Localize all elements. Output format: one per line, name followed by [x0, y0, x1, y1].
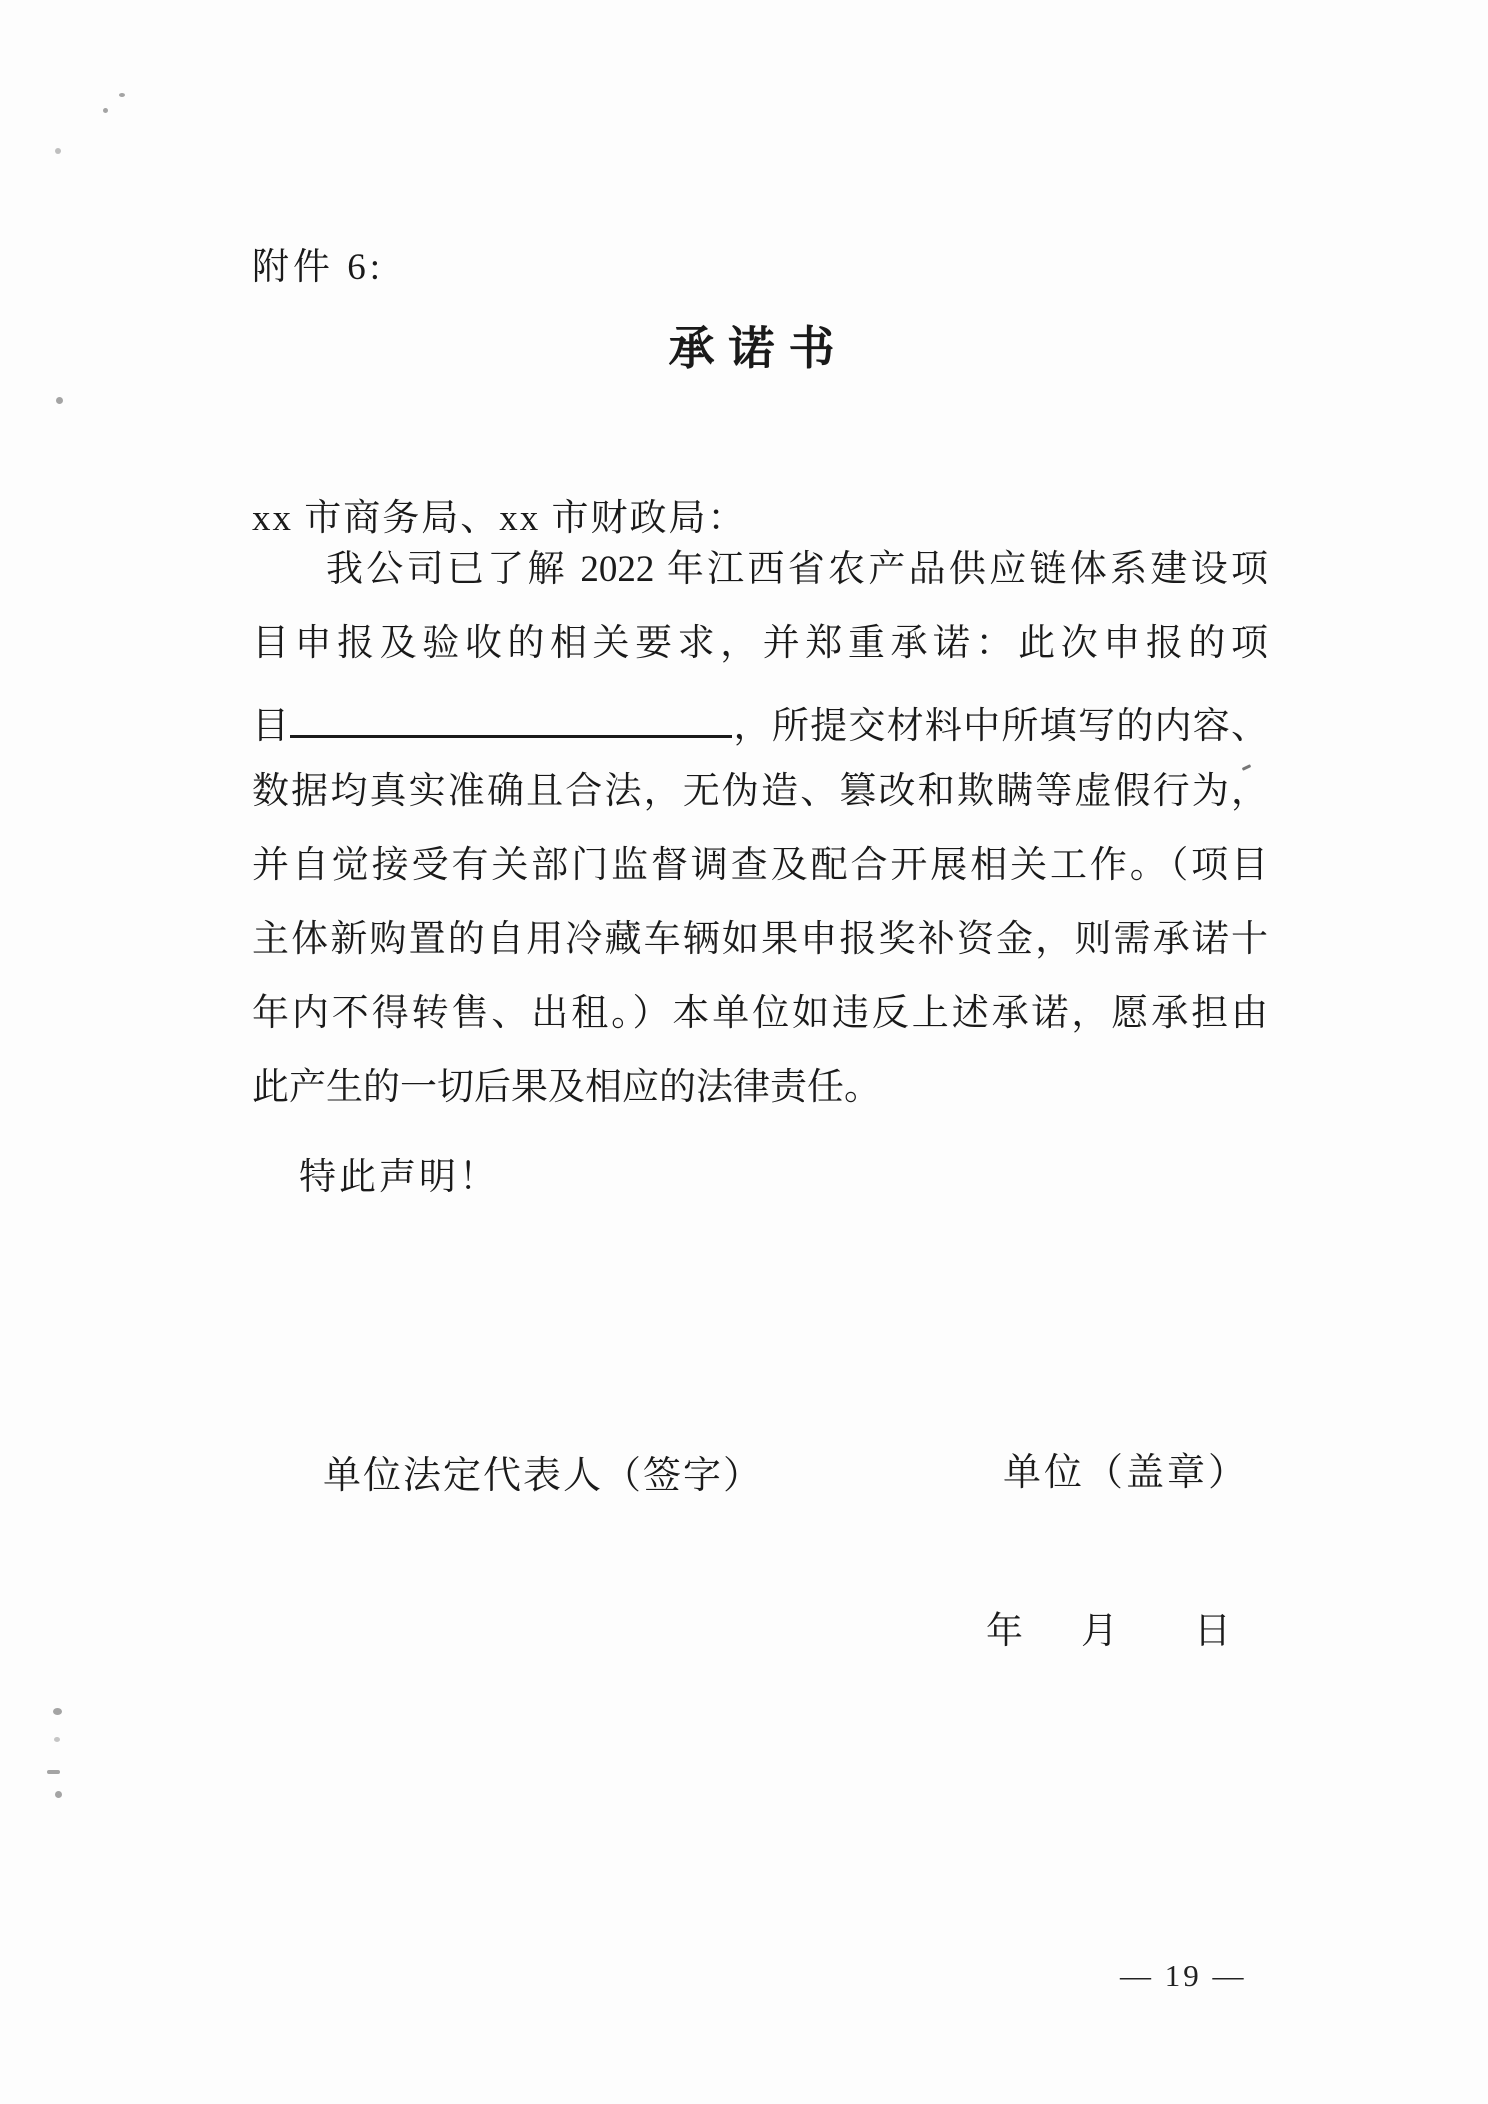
page-number: — 19 — — [1120, 1958, 1247, 1994]
body-line-7: 年内不得转售、出租。）本单位如违反上述承诺，愿承担由 — [252, 977, 1268, 1051]
scan-speck — [55, 1791, 62, 1798]
body-line-8: 此产生的一切后果及相应的法律责任。 — [252, 1051, 1268, 1125]
scan-speck — [56, 397, 63, 404]
unit-seal-label: 单位（盖章） — [1003, 1441, 1249, 1496]
document-title: 承诺书 — [252, 312, 1265, 378]
body-line-2: 目申报及验收的相关要求，并郑重承诺：此次申报的项 — [252, 607, 1268, 681]
date-day-label: 日 — [1194, 1600, 1231, 1654]
scan-speck — [47, 1770, 60, 1774]
body-line-3: 目，所提交材料中所填写的内容、 — [252, 681, 1268, 755]
body-line-5: 并自觉接受有关部门监督调查及配合开展相关工作。（项目 — [252, 829, 1268, 903]
body-line-3-prefix: 目 — [252, 706, 290, 747]
body-line-6: 主体新购置的自用冷藏车辆如果申报奖补资金，则需承诺十 — [252, 903, 1268, 977]
scan-speck — [53, 1708, 62, 1715]
date-month-label: 月 — [1081, 1600, 1118, 1654]
scan-speck — [55, 148, 61, 154]
attachment-label: 附件 6: — [252, 236, 384, 290]
project-name-blank-field — [290, 681, 732, 738]
date-year-label: 年 — [986, 1600, 1023, 1654]
body-line-1: 我公司已了解 2022 年江西省农产品供应链体系建设项 — [252, 533, 1268, 607]
legal-representative-signature-label: 单位法定代表人（签字） — [323, 1444, 763, 1499]
scan-speck — [54, 1737, 60, 1742]
scan-speck — [119, 93, 125, 97]
body-paragraph: 我公司已了解 2022 年江西省农产品供应链体系建设项 目申报及验收的相关要求，… — [252, 533, 1268, 1125]
body-line-4: 数据均真实准确且合法，无伪造、篡改和欺瞒等虚假行为， — [252, 755, 1268, 829]
scanned-document-page: 附件 6: 承诺书 xx 市商务局、xx 市财政局： 我公司已了解 2022 年… — [0, 0, 1488, 2104]
declaration-line: 特此声明！ — [299, 1146, 499, 1200]
scan-speck — [103, 108, 108, 113]
body-line-3-suffix: ，所提交材料中所填写的内容、 — [732, 706, 1268, 747]
